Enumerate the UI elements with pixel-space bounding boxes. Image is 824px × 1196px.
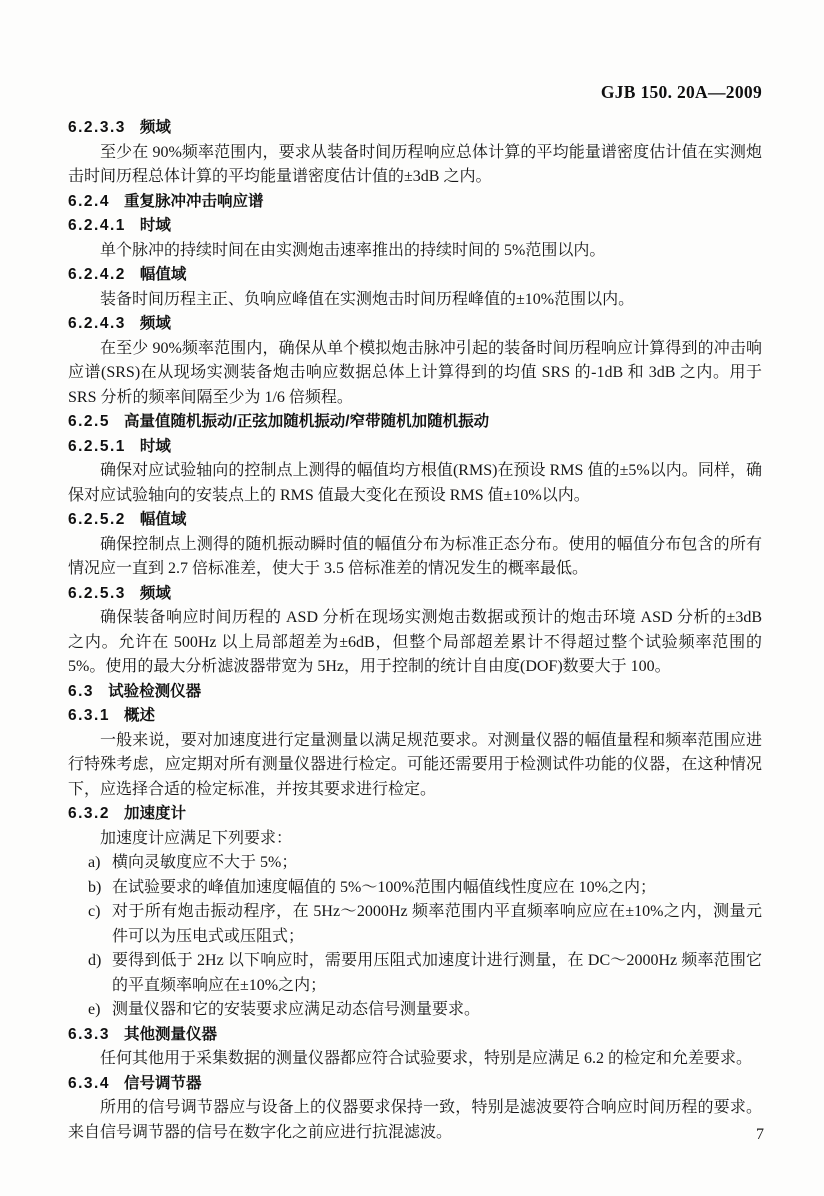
- list-item: e)测量仪器和它的安装要求应满足动态信号测量要求。: [68, 998, 762, 1023]
- section-heading: 6.2.5.3频域: [68, 582, 762, 607]
- section-number: 6.3.4: [68, 1075, 110, 1092]
- section-title: 频域: [140, 315, 171, 332]
- section-number: 6.3.1: [68, 707, 110, 724]
- paragraph: 所用的信号调节器应与设备上的仪器要求保持一致，特别是滤波要符合响应时间历程的要求…: [68, 1096, 762, 1145]
- page-number: 7: [756, 1126, 764, 1144]
- paragraph: 在至少 90%频率范围内，确保从单个模拟炮击脉冲引起的装备时间历程响应计算得到的…: [68, 337, 762, 411]
- section-number: 6.3: [68, 683, 94, 700]
- list-item-text: 要得到低于 2Hz 以下响应时，需要用压阻式加速度计进行测量，在 DC～2000…: [112, 949, 762, 998]
- list-item-text: 横向灵敏度应不大于 5%；: [112, 851, 762, 876]
- list-item: a)横向灵敏度应不大于 5%；: [68, 851, 762, 876]
- section-number: 6.2.5.3: [68, 585, 126, 602]
- section-number: 6.2.5.2: [68, 511, 126, 528]
- paragraph: 一般来说，要对加速度进行定量测量以满足规范要求。对测量仪器的幅值量程和频率范围应…: [68, 729, 762, 803]
- section-title: 信号调节器: [124, 1075, 202, 1092]
- section-number: 6.3.2: [68, 805, 110, 822]
- paragraph: 加速度计应满足下列要求：: [68, 827, 762, 852]
- section-heading: 6.2.3.3频域: [68, 116, 762, 141]
- section-title: 频域: [140, 119, 171, 136]
- section-title: 高量值随机振动/正弦加随机振动/窄带随机加随机振动: [124, 413, 489, 430]
- section-number: 6.2.4.2: [68, 266, 126, 283]
- section-title: 试验检测仪器: [108, 683, 201, 700]
- list-item-marker: c): [88, 900, 112, 949]
- section-number: 6.2.3.3: [68, 119, 126, 136]
- section-heading: 6.2.4.1时域: [68, 214, 762, 239]
- section-title: 幅值域: [140, 511, 187, 528]
- section-heading: 6.2.4.2幅值域: [68, 263, 762, 288]
- list-item: d)要得到低于 2Hz 以下响应时，需要用压阻式加速度计进行测量，在 DC～20…: [68, 949, 762, 998]
- paragraph: 至少在 90%频率范围内，要求从装备时间历程响应总体计算的平均能量谱密度估计值在…: [68, 141, 762, 190]
- list-item-marker: d): [88, 949, 112, 998]
- section-title: 概述: [124, 707, 155, 724]
- list-item: c)对于所有炮击振动程序，在 5Hz～2000Hz 频率范围内平直频率响应应在±…: [68, 900, 762, 949]
- section-title: 幅值域: [140, 266, 187, 283]
- standard-number-header: GJB 150. 20A—2009: [601, 82, 762, 103]
- document-body: 6.2.3.3频域至少在 90%频率范围内，要求从装备时间历程响应总体计算的平均…: [68, 116, 762, 1145]
- section-title: 时域: [140, 438, 171, 455]
- section-number: 6.2.5: [68, 413, 110, 430]
- list-item-text: 对于所有炮击振动程序，在 5Hz～2000Hz 频率范围内平直频率响应应在±10…: [112, 900, 762, 949]
- paragraph: 确保装备响应时间历程的 ASD 分析在现场实测炮击数据或预计的炮击环境 ASD …: [68, 606, 762, 680]
- list-item-marker: e): [88, 998, 112, 1023]
- section-number: 6.2.4.1: [68, 217, 126, 234]
- section-number: 6.2.5.1: [68, 438, 126, 455]
- section-heading: 6.2.5.2幅值域: [68, 508, 762, 533]
- list-item-text: 测量仪器和它的安装要求应满足动态信号测量要求。: [112, 998, 762, 1023]
- section-heading: 6.3.1概述: [68, 704, 762, 729]
- section-number: 6.2.4.3: [68, 315, 126, 332]
- list-item-text: 在试验要求的峰值加速度幅值的 5%～100%范围内幅值线性度应在 10%之内；: [112, 876, 762, 901]
- section-number: 6.3.3: [68, 1026, 110, 1043]
- paragraph: 确保控制点上测得的随机振动瞬时值的幅值分布为标准正态分布。使用的幅值分布包含的所…: [68, 533, 762, 582]
- section-title: 频域: [140, 585, 171, 602]
- section-title: 其他测量仪器: [124, 1026, 217, 1043]
- document-page: GJB 150. 20A—2009 6.2.3.3频域至少在 90%频率范围内，…: [0, 0, 824, 1196]
- paragraph: 单个脉冲的持续时间在由实测炮击速率推出的持续时间的 5%范围以内。: [68, 239, 762, 264]
- section-title: 加速度计: [124, 805, 186, 822]
- list-item: b)在试验要求的峰值加速度幅值的 5%～100%范围内幅值线性度应在 10%之内…: [68, 876, 762, 901]
- section-heading: 6.3.2加速度计: [68, 802, 762, 827]
- paragraph: 装备时间历程主正、负响应峰值在实测炮击时间历程峰值的±10%范围以内。: [68, 288, 762, 313]
- section-heading: 6.3.3其他测量仪器: [68, 1023, 762, 1048]
- section-title: 时域: [140, 217, 171, 234]
- section-title: 重复脉冲冲击响应谱: [124, 193, 264, 210]
- section-heading: 6.2.4重复脉冲冲击响应谱: [68, 190, 762, 215]
- section-heading: 6.3试验检测仪器: [68, 680, 762, 705]
- section-heading: 6.2.5高量值随机振动/正弦加随机振动/窄带随机加随机振动: [68, 410, 762, 435]
- section-heading: 6.2.4.3频域: [68, 312, 762, 337]
- list-item-marker: a): [88, 851, 112, 876]
- section-heading: 6.3.4信号调节器: [68, 1072, 762, 1097]
- section-number: 6.2.4: [68, 193, 110, 210]
- section-heading: 6.2.5.1时域: [68, 435, 762, 460]
- paragraph: 确保对应试验轴向的控制点上测得的幅值均方根值(RMS)在预设 RMS 值的±5%…: [68, 459, 762, 508]
- paragraph: 任何其他用于采集数据的测量仪器都应符合试验要求，特别是应满足 6.2 的检定和允…: [68, 1047, 762, 1072]
- list-item-marker: b): [88, 876, 112, 901]
